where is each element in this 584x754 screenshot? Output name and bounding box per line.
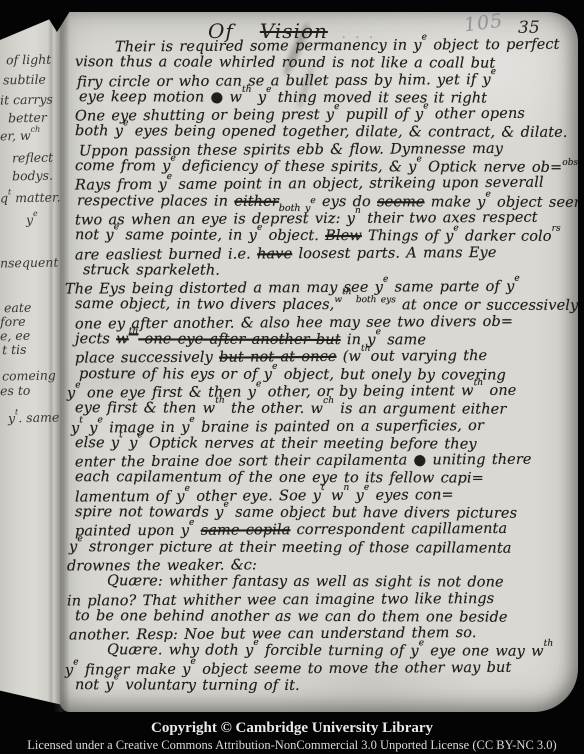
caption-bar: Copyright © Cambridge University Library… bbox=[0, 719, 584, 753]
margin-note: better bbox=[8, 110, 47, 126]
margin-note: t tis bbox=[2, 342, 27, 357]
margin-note: yt. same bbox=[8, 410, 60, 426]
margin-note: nsequent bbox=[0, 254, 59, 270]
copyright-line: Copyright © Cambridge University Library bbox=[0, 719, 584, 737]
margin-note: of light bbox=[6, 52, 51, 68]
margin-note: er, wch bbox=[0, 128, 40, 144]
margin-note: es to bbox=[0, 383, 30, 399]
margin-note: subtile bbox=[3, 72, 46, 88]
manuscript-photo: of lightsubtileit carrysbetterer, wchref… bbox=[0, 0, 584, 754]
margin-note: bodys. bbox=[12, 168, 53, 184]
margin-note: ye bbox=[26, 212, 38, 227]
margin-note: it carrys bbox=[0, 92, 53, 108]
margin-note: reflect bbox=[12, 150, 53, 166]
license-line: Licensed under a Creative Commons Attrib… bbox=[0, 737, 584, 753]
margin-note: comeing bbox=[2, 368, 56, 384]
margin-notes: of lightsubtileit carrysbetterer, wchref… bbox=[0, 0, 584, 754]
margin-note: qt matter. bbox=[0, 189, 61, 205]
